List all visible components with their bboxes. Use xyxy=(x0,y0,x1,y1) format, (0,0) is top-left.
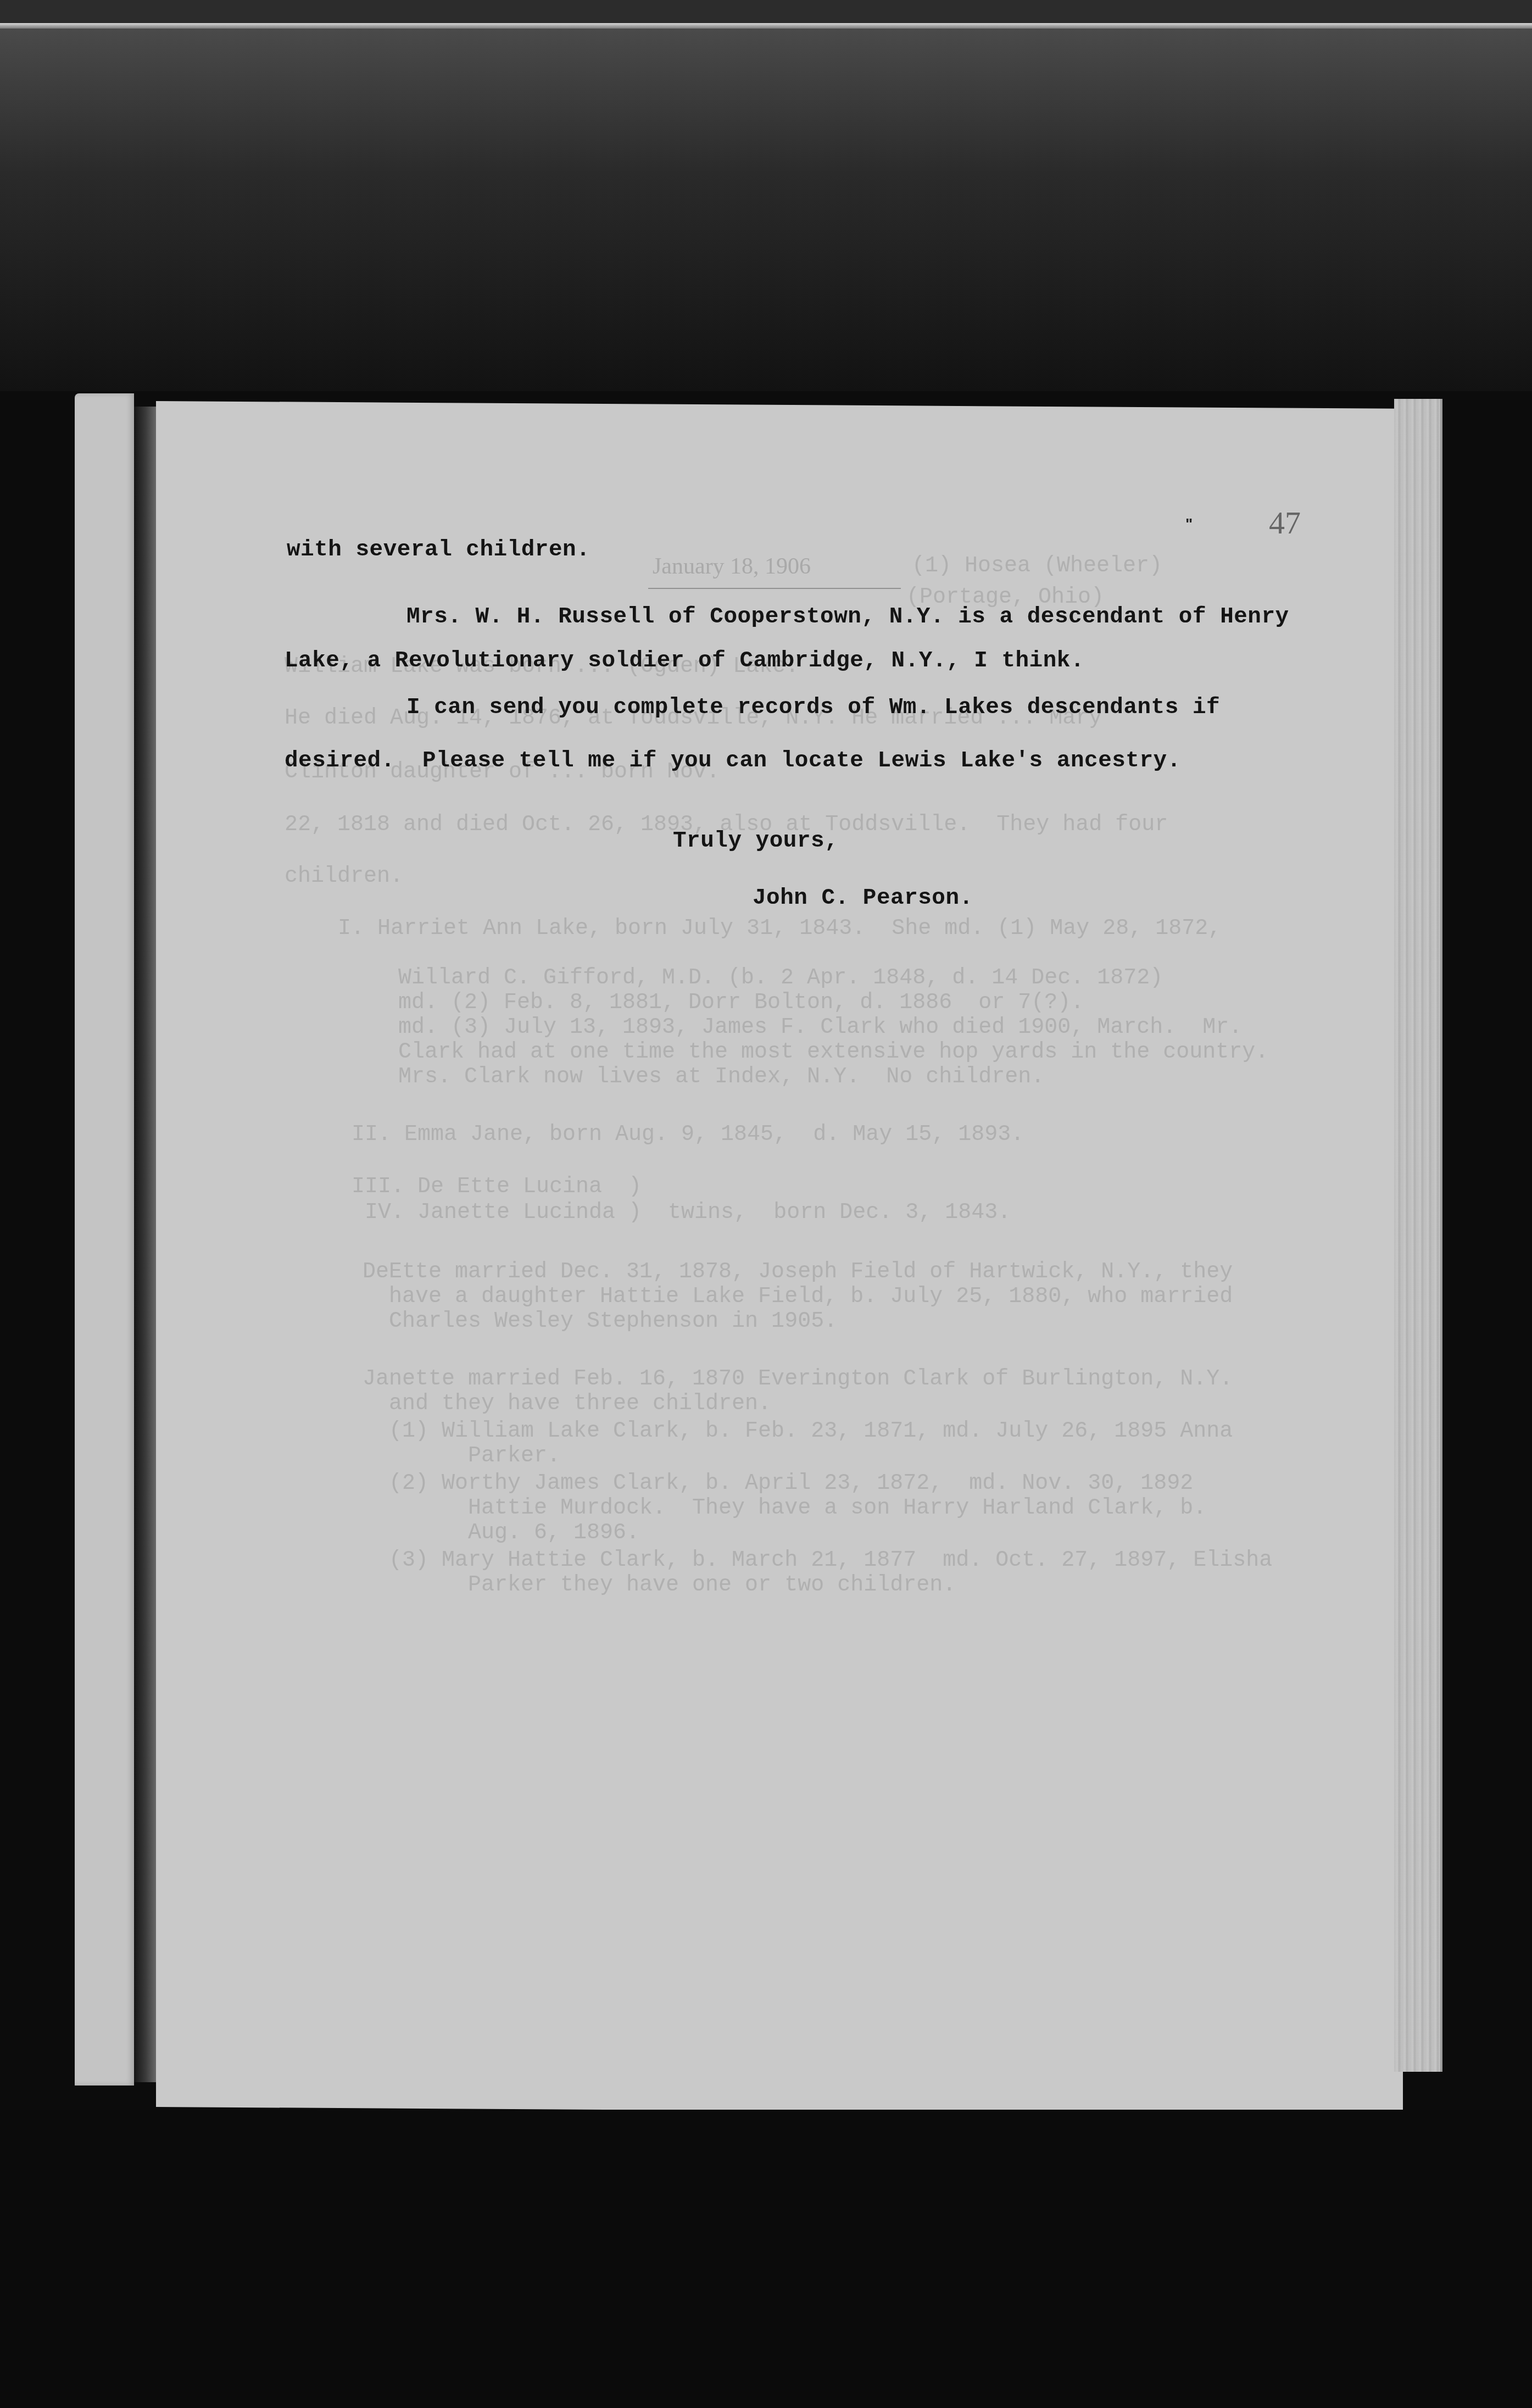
scan-background xyxy=(0,29,1532,391)
bleed-line: children. xyxy=(285,863,403,891)
left-page-edge xyxy=(75,393,134,2086)
letter-line: desired. Please tell me if you can locat… xyxy=(285,748,1181,774)
bleed-entry: IV. Janette Lucinda ) twins, born Dec. 3… xyxy=(352,1199,1011,1227)
letter-line: with several children. xyxy=(287,537,590,563)
letter-signature: John C. Pearson. xyxy=(753,886,973,911)
page-number: 47 xyxy=(1269,504,1301,541)
bleed-date: January 18, 1906 xyxy=(653,552,811,581)
date-underline xyxy=(648,588,901,589)
bleed-entry: Parker they have one or two children. xyxy=(363,1571,956,1600)
letter-line: Mrs. W. H. Russell of Cooperstown, N.Y. … xyxy=(406,604,1289,630)
film-edge xyxy=(0,23,1532,29)
bleed-entry: and they have three children. xyxy=(363,1390,771,1419)
bleed-entry: II. Emma Jane, born Aug. 9, 1845, d. May… xyxy=(352,1121,1024,1149)
bleed-entry: I. Harriet Ann Lake, born July 31, 1843.… xyxy=(338,915,1221,943)
page-stack-edge xyxy=(1394,399,1442,2072)
bleed-entry: Aug. 6, 1896. xyxy=(363,1519,639,1548)
letter-line: Lake, a Revolutionary soldier of Cambrid… xyxy=(285,648,1084,674)
bleed-entry: Parker. xyxy=(363,1442,560,1471)
book-gutter xyxy=(134,407,157,2082)
letter-closing: Truly yours, xyxy=(673,828,838,854)
letter-line: I can send you complete records of Wm. L… xyxy=(406,695,1220,720)
bleed-header-fragment: (1) Hosea (Wheeler) xyxy=(912,552,1162,581)
scanner-top-strip xyxy=(0,0,1532,23)
bleed-entry: Charles Wesley Stephenson in 1905. xyxy=(363,1308,837,1336)
bleed-entry: III. De Ette Lucina ) xyxy=(352,1173,642,1202)
scan-background-bottom xyxy=(0,2110,1532,2408)
bleed-entry: Mrs. Clark now lives at Index, N.Y. No c… xyxy=(398,1063,1044,1092)
page-mark: " xyxy=(1185,515,1193,533)
